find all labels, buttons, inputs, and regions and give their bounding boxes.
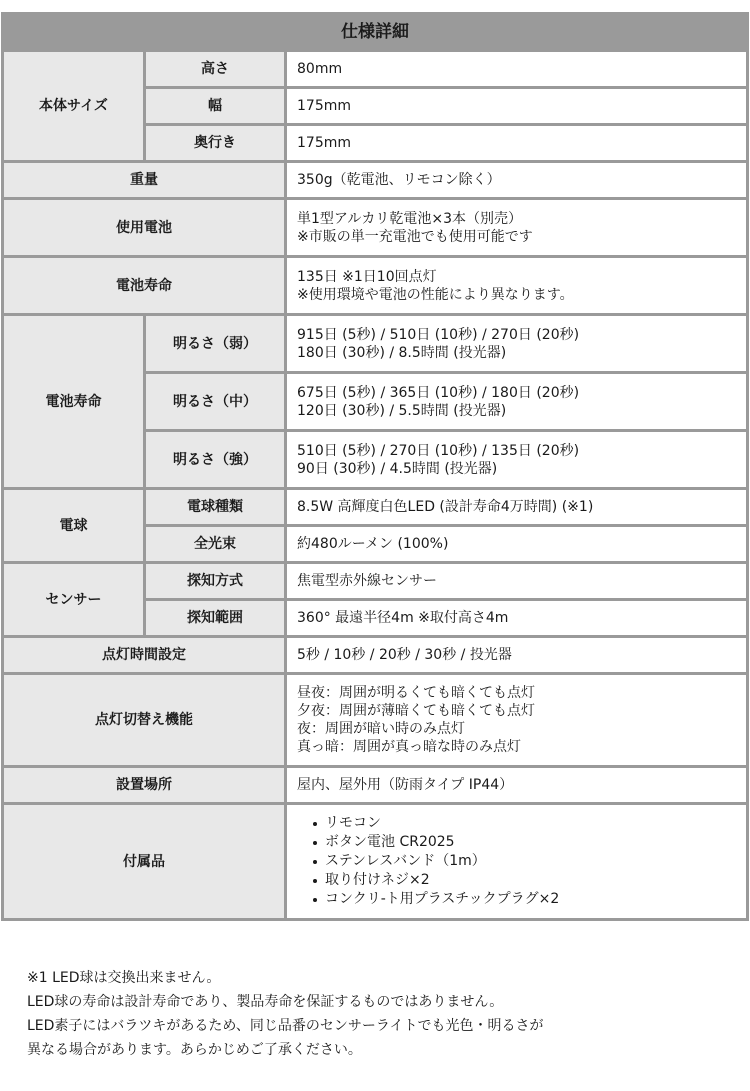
row-label-mode: 点灯切替え機能	[3, 674, 286, 767]
table-row: 本体サイズ 高さ 80mm	[3, 51, 748, 88]
table-row: 電球 電球種類 8.5W 高輝度白色LED (設計寿命4万時間) (※1)	[3, 489, 748, 526]
footnote-line: 異なる場合があります。あらかじめご了承ください。	[27, 1038, 727, 1062]
row-label-battery: 使用電池	[3, 199, 286, 257]
row-label-timer: 点灯時間設定	[3, 637, 286, 674]
footnotes: ※1 LED球は交換出来ません。 LED球の寿命は設計寿命であり、製品寿命を保証…	[27, 966, 727, 1062]
list-item: コンクリ-ト用プラスチックプラグ×2	[325, 890, 746, 909]
row-label-sensor: センサー	[3, 563, 145, 637]
value-battery-life: 135日 ※1日10回点灯 ※使用環境や電池の性能により異なります。	[286, 257, 748, 315]
sub-label-brightness-high: 明るさ（強）	[145, 431, 286, 489]
sub-label-height: 高さ	[145, 51, 286, 88]
table-row: 点灯切替え機能 昼夜：周囲が明るくても暗くても点灯 夕夜：周囲が薄暗くても暗くて…	[3, 674, 748, 767]
sub-label-detection-method: 探知方式	[145, 563, 286, 600]
sub-label-detection-range: 探知範囲	[145, 600, 286, 637]
row-label-location: 設置場所	[3, 767, 286, 804]
table-row: 設置場所 屋内、屋外用（防雨タイプ IP44）	[3, 767, 748, 804]
table-row: 電池寿命 明るさ（弱） 915日 (5秒) / 510日 (10秒) / 270…	[3, 315, 748, 373]
footnote-line: ※1 LED球は交換出来ません。	[27, 966, 727, 990]
value-detection-range: 360° 最遠半径4m ※取付高さ4m	[286, 600, 748, 637]
table-row: 使用電池 単1型アルカリ乾電池×3本（別売） ※市販の単一充電池でも使用可能です	[3, 199, 748, 257]
value-height: 80mm	[286, 51, 748, 88]
value-luminous-flux: 約480ルーメン (100%)	[286, 526, 748, 563]
value-bulb-type: 8.5W 高輝度白色LED (設計寿命4万時間) (※1)	[286, 489, 748, 526]
list-item: ステンレスバンド（1m）	[325, 852, 746, 871]
row-label-battery-life: 電池寿命	[3, 257, 286, 315]
sub-label-brightness-low: 明るさ（弱）	[145, 315, 286, 373]
value-battery: 単1型アルカリ乾電池×3本（別売） ※市販の単一充電池でも使用可能です	[286, 199, 748, 257]
value-location: 屋内、屋外用（防雨タイプ IP44）	[286, 767, 748, 804]
accessories-list: リモコン ボタン電池 CR2025 ステンレスバンド（1m） 取り付けネジ×2 …	[297, 814, 746, 909]
value-mode: 昼夜：周囲が明るくても暗くても点灯 夕夜：周囲が薄暗くても暗くても点灯 夜：周囲…	[286, 674, 748, 767]
sub-label-depth: 奥行き	[145, 125, 286, 162]
spec-table: 仕様詳細 本体サイズ 高さ 80mm 幅 175mm 奥行き 175mm 重量 …	[1, 12, 749, 921]
value-weight: 350g（乾電池、リモコン除く）	[286, 162, 748, 199]
row-label-battery-life-brightness: 電池寿命	[3, 315, 145, 489]
sub-label-luminous-flux: 全光束	[145, 526, 286, 563]
row-label-size: 本体サイズ	[3, 51, 145, 162]
sub-label-width: 幅	[145, 88, 286, 125]
footnote-line: LED素子にはバラツキがあるため、同じ品番のセンサーライトでも光色・明るさが	[27, 1014, 727, 1038]
table-row: 付属品 リモコン ボタン電池 CR2025 ステンレスバンド（1m） 取り付けネ…	[3, 804, 748, 920]
table-row: 点灯時間設定 5秒 / 10秒 / 20秒 / 30秒 / 投光器	[3, 637, 748, 674]
value-brightness-low: 915日 (5秒) / 510日 (10秒) / 270日 (20秒) 180日…	[286, 315, 748, 373]
value-timer: 5秒 / 10秒 / 20秒 / 30秒 / 投光器	[286, 637, 748, 674]
value-brightness-high: 510日 (5秒) / 270日 (10秒) / 135日 (20秒) 90日 …	[286, 431, 748, 489]
row-label-bulb: 電球	[3, 489, 145, 563]
list-item: リモコン	[325, 814, 746, 833]
value-depth: 175mm	[286, 125, 748, 162]
row-label-weight: 重量	[3, 162, 286, 199]
value-width: 175mm	[286, 88, 748, 125]
list-item: 取り付けネジ×2	[325, 871, 746, 890]
row-label-accessories: 付属品	[3, 804, 286, 920]
value-detection-method: 焦電型赤外線センサー	[286, 563, 748, 600]
value-brightness-mid: 675日 (5秒) / 365日 (10秒) / 180日 (20秒) 120日…	[286, 373, 748, 431]
footnote-line: LED球の寿命は設計寿命であり、製品寿命を保証するものではありません。	[27, 990, 727, 1014]
sub-label-bulb-type: 電球種類	[145, 489, 286, 526]
table-row: センサー 探知方式 焦電型赤外線センサー	[3, 563, 748, 600]
table-title: 仕様詳細	[3, 14, 748, 51]
value-accessories: リモコン ボタン電池 CR2025 ステンレスバンド（1m） 取り付けネジ×2 …	[286, 804, 748, 920]
table-row: 重量 350g（乾電池、リモコン除く）	[3, 162, 748, 199]
table-row: 電池寿命 135日 ※1日10回点灯 ※使用環境や電池の性能により異なります。	[3, 257, 748, 315]
list-item: ボタン電池 CR2025	[325, 833, 746, 852]
sub-label-brightness-mid: 明るさ（中）	[145, 373, 286, 431]
